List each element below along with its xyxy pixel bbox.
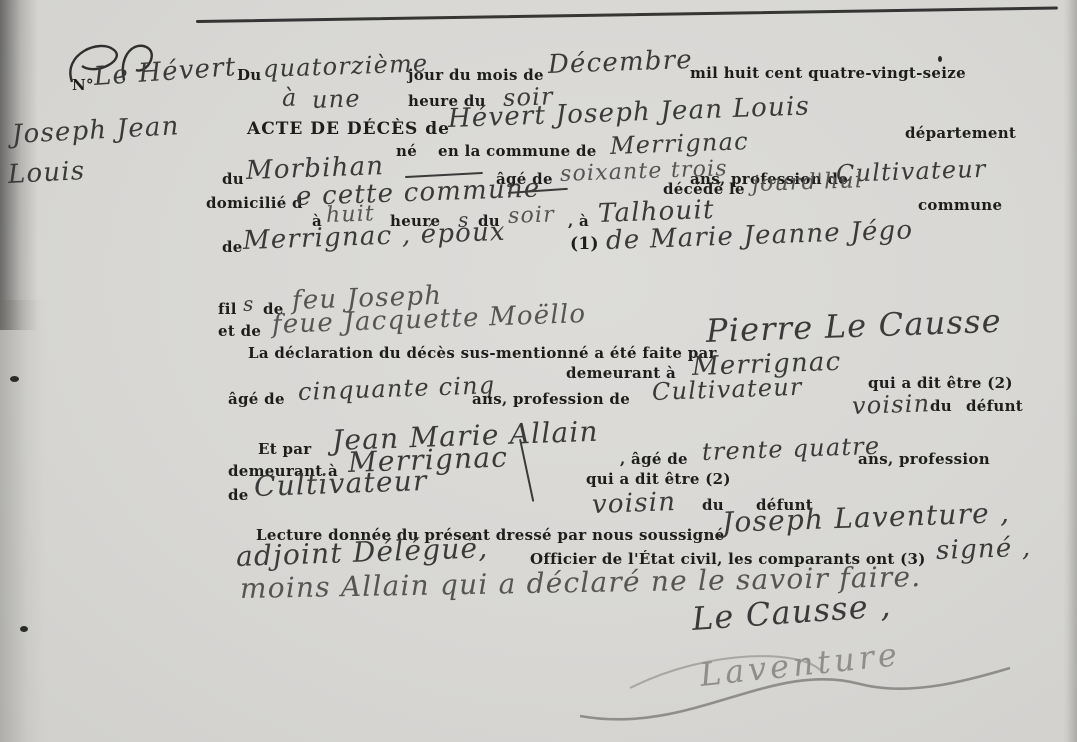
printed-departement: département [905, 124, 1016, 142]
printed-ne: né [396, 142, 417, 160]
hw-declarant2-profession: Cultivateur [253, 464, 428, 503]
hw-relation2: voisin [591, 487, 676, 520]
hw-a: à [282, 83, 298, 112]
printed-jour-du-mois: jour du mois de [408, 66, 544, 84]
printed-en-la-commune-de: en la commune de [438, 142, 597, 160]
printed-ref-1: (1) [570, 234, 599, 254]
hw-declarant1-profession: Cultivateur [652, 373, 804, 406]
hw-death-day: jourd'hui [752, 168, 864, 197]
hw-deceased-name: Hévert Joseph Jean Louis [447, 91, 810, 134]
hw-declarant1-name: Pierre Le Causse [705, 302, 1002, 350]
printed-ans-profession-1: ans, profession de [472, 390, 630, 408]
printed-ans-profession-2: ans, profession [858, 450, 990, 468]
printed-virgule-a: , à [568, 212, 589, 230]
printed-et-de: et de [218, 322, 261, 340]
printed-domicilie-d: domicilié d [206, 194, 303, 212]
hw-death-period: soir [508, 202, 556, 229]
printed-de-prof2: de [228, 486, 249, 504]
hw-declarant1-age: cinquante cinq [298, 371, 496, 406]
death-record-scan: N° Le Hévert Joseph Jean Louis Du quator… [0, 0, 1077, 742]
act-separator-rule [196, 6, 1058, 23]
printed-age-de-1: âgé de [228, 390, 285, 408]
page-right-edge-shadow [1063, 0, 1077, 742]
hw-birth-commune: Merrignac [610, 127, 750, 160]
hw-month: Décembre [547, 45, 693, 80]
ink-speck [20, 626, 28, 632]
page-fold-shadow [0, 300, 46, 742]
printed-et-par: Et par [258, 440, 312, 458]
hw-day: quatorzième [263, 49, 429, 83]
printed-du-dept: du [222, 170, 244, 188]
printed-act-title: ACTE DE DÉCÈS de [247, 119, 450, 139]
margin-number-label: N° [72, 76, 94, 94]
hw-hour: une [312, 84, 362, 114]
printed-qui-a-dit-2: qui a dit être (2) [586, 470, 731, 488]
printed-de-spouse: de [222, 238, 243, 256]
hw-relation1: voisin [852, 389, 931, 420]
hw-fils-s: s [243, 292, 255, 316]
printed-qui-a-dit-1: qui a dit être (2) [868, 374, 1013, 392]
printed-year: mil huit cent quatre-vingt-seize [690, 64, 966, 82]
printed-fil: fil [218, 300, 237, 318]
hw-signe: signé , [935, 533, 1031, 566]
printed-age-de-2: , âgé de [620, 450, 688, 468]
ink-speck [10, 376, 19, 382]
printed-declaration: La déclaration du décès sus-mentionné a … [248, 344, 717, 362]
printed-du-defunt-1b: défunt [966, 397, 1023, 415]
printed-commune: commune [918, 196, 1002, 214]
printed-du-defunt-1a: du [930, 397, 952, 415]
printed-du: Du [237, 66, 262, 84]
hw-commune-spouse: Merrignac , époux [242, 217, 506, 256]
hw-declarant2-age: trente quatre [702, 432, 881, 466]
margin-deceased-name-3: Louis [7, 156, 86, 190]
ink-speck [938, 56, 942, 62]
